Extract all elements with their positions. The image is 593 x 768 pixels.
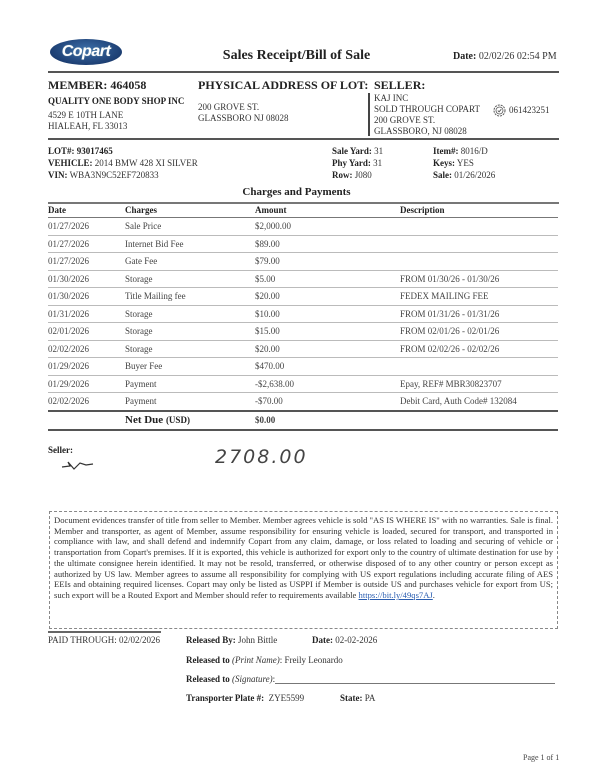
paid-through-rule xyxy=(48,631,161,633)
seller-line1: KAJ INC xyxy=(374,93,408,103)
row-amount: -$70.00 xyxy=(255,393,400,411)
item-number: Item#: 8016/D xyxy=(433,146,488,156)
seller-signature-label: Seller: xyxy=(48,445,73,455)
paid-through: PAID THROUGH: 02/02/2026 xyxy=(48,635,160,645)
header-date: Date: 02/02/26 02:54 PM xyxy=(453,51,557,62)
released-to-signature: Released to (Signature): xyxy=(186,674,275,684)
row-description: FEDEX MAILING FEE xyxy=(400,288,558,306)
row-description: FROM 02/02/26 - 02/02/26 xyxy=(400,340,558,358)
table-row: 01/30/2026Storage$5.00FROM 01/30/26 - 01… xyxy=(48,270,558,288)
sale-date: Sale: 01/26/2026 xyxy=(433,170,495,180)
seller-divider xyxy=(368,93,370,136)
row-date: 01/29/2026 xyxy=(48,375,125,393)
charges-table: Date Charges Amount Description 01/27/20… xyxy=(48,204,558,431)
row-date: 01/30/2026 xyxy=(48,270,125,288)
table-row: 02/01/2026Storage$15.00FROM 02/01/26 - 0… xyxy=(48,323,558,341)
table-row: 01/29/2026Payment-$2,638.00Epay, REF# MB… xyxy=(48,375,558,393)
row-amount: $89.00 xyxy=(255,235,400,253)
disclaimer-box: Document evidences transfer of title fro… xyxy=(49,511,558,629)
row-description xyxy=(400,253,558,271)
vin: VIN: WBA3N9C52EF720833 xyxy=(48,170,159,180)
seller-line4: GLASSBORO, NJ 08028 xyxy=(374,126,467,136)
row-charge: Sale Price xyxy=(125,218,255,236)
row-amount: $470.00 xyxy=(255,358,400,376)
lot-address2: GLASSBORO NJ 08028 xyxy=(198,113,289,123)
row-charge: Storage xyxy=(125,270,255,288)
row-amount: $2,000.00 xyxy=(255,218,400,236)
row-amount: $15.00 xyxy=(255,323,400,341)
row-amount: -$2,638.00 xyxy=(255,375,400,393)
row-charge: Storage xyxy=(125,323,255,341)
table-row: 02/02/2026Storage$20.00FROM 02/02/26 - 0… xyxy=(48,340,558,358)
member-heading: MEMBER: 464058 xyxy=(48,78,146,93)
row-charge: Storage xyxy=(125,340,255,358)
seller-signature-scribble xyxy=(60,458,96,477)
row-charge: Internet Bid Fee xyxy=(125,235,255,253)
row-charge: Buyer Fee xyxy=(125,358,255,376)
member-name: QUALITY ONE BODY SHOP INC xyxy=(48,96,184,106)
released-by: Released By: John Bittle xyxy=(186,635,277,645)
row-charge: Payment xyxy=(125,375,255,393)
row-description xyxy=(400,358,558,376)
row-description xyxy=(400,235,558,253)
verified-badge-icon xyxy=(493,104,506,122)
row-description: Debit Card, Auth Code# 132084 xyxy=(400,393,558,411)
row-description: FROM 01/30/26 - 01/30/26 xyxy=(400,270,558,288)
charges-heading: Charges and Payments xyxy=(0,186,593,198)
row-date: 02/01/2026 xyxy=(48,323,125,341)
row-description: FROM 01/31/26 - 01/31/26 xyxy=(400,305,558,323)
keys: Keys: YES xyxy=(433,158,474,168)
release-date: Date: 02-02-2026 xyxy=(312,635,377,645)
table-row: 01/27/2026Internet Bid Fee$89.00 xyxy=(48,235,558,253)
table-row: 01/31/2026Storage$10.00FROM 01/31/26 - 0… xyxy=(48,305,558,323)
net-due-label: Net Due (USD) xyxy=(125,411,255,430)
row-date: 02/02/2026 xyxy=(48,340,125,358)
table-row: 01/27/2026Sale Price$2,000.00 xyxy=(48,218,558,236)
row-description: FROM 02/01/26 - 02/01/26 xyxy=(400,323,558,341)
lot-address-heading: PHYSICAL ADDRESS OF LOT: xyxy=(198,78,368,93)
section-divider xyxy=(48,138,559,140)
seller-line3: 200 GROVE ST. xyxy=(374,115,435,125)
requirements-link[interactable]: https://bit.ly/49qs7AJ xyxy=(359,590,433,600)
table-row: 01/29/2026Buyer Fee$470.00 xyxy=(48,358,558,376)
table-row: 01/27/2026Gate Fee$79.00 xyxy=(48,253,558,271)
page-number: Page 1 of 1 xyxy=(523,753,559,762)
header-divider xyxy=(48,71,559,73)
member-address1: 4529 E 10TH LANE xyxy=(48,110,123,120)
row-description xyxy=(400,218,558,236)
handwritten-amount: 2708.00 xyxy=(215,446,308,468)
row-date: 01/31/2026 xyxy=(48,305,125,323)
seller-heading: SELLER: xyxy=(374,78,425,93)
row-charge: Gate Fee xyxy=(125,253,255,271)
row-date: 01/30/2026 xyxy=(48,288,125,306)
column-header-date: Date xyxy=(48,204,125,218)
lot-number: LOT#: 93017465 xyxy=(48,146,113,156)
row-amount: $79.00 xyxy=(255,253,400,271)
transporter-plate: Transporter Plate #: ZYE5599 xyxy=(186,693,304,703)
row-charge: Storage xyxy=(125,305,255,323)
row-amount: $20.00 xyxy=(255,288,400,306)
transporter-state: State: PA xyxy=(340,693,375,703)
row-date: 01/27/2026 xyxy=(48,253,125,271)
row-description: Epay, REF# MBR30823707 xyxy=(400,375,558,393)
sale-yard: Sale Yard: 31 xyxy=(332,146,383,156)
row-date: 02/02/2026 xyxy=(48,393,125,411)
vehicle: VEHICLE: 2014 BMW 428 XI SILVER xyxy=(48,158,198,168)
net-due-value: $0.00 xyxy=(255,411,400,430)
row-charge: Title Mailing fee xyxy=(125,288,255,306)
released-to-print-name: Released to (Print Name): Freily Leonard… xyxy=(186,655,343,665)
column-header-description: Description xyxy=(400,204,558,218)
column-header-amount: Amount xyxy=(255,204,400,218)
row-charge: Payment xyxy=(125,393,255,411)
charges-header-row: Date Charges Amount Description xyxy=(48,204,558,218)
row-amount: $5.00 xyxy=(255,270,400,288)
row-date: 01/29/2026 xyxy=(48,358,125,376)
seller-id: 061423251 xyxy=(509,105,550,115)
member-address2: HIALEAH, FL 33013 xyxy=(48,121,127,131)
row-date: 01/27/2026 xyxy=(48,235,125,253)
net-due-row: Net Due (USD) $0.00 xyxy=(48,411,558,430)
column-header-charges: Charges xyxy=(125,204,255,218)
signature-line xyxy=(275,683,555,684)
seller-line2: SOLD THROUGH COPART xyxy=(374,104,480,114)
row-amount: $20.00 xyxy=(255,340,400,358)
row-amount: $10.00 xyxy=(255,305,400,323)
row: Row: J080 xyxy=(332,170,372,180)
lot-address1: 200 GROVE ST. xyxy=(198,102,259,112)
phy-yard: Phy Yard: 31 xyxy=(332,158,382,168)
row-date: 01/27/2026 xyxy=(48,218,125,236)
table-row: 01/30/2026Title Mailing fee$20.00FEDEX M… xyxy=(48,288,558,306)
table-row: 02/02/2026Payment-$70.00Debit Card, Auth… xyxy=(48,393,558,411)
